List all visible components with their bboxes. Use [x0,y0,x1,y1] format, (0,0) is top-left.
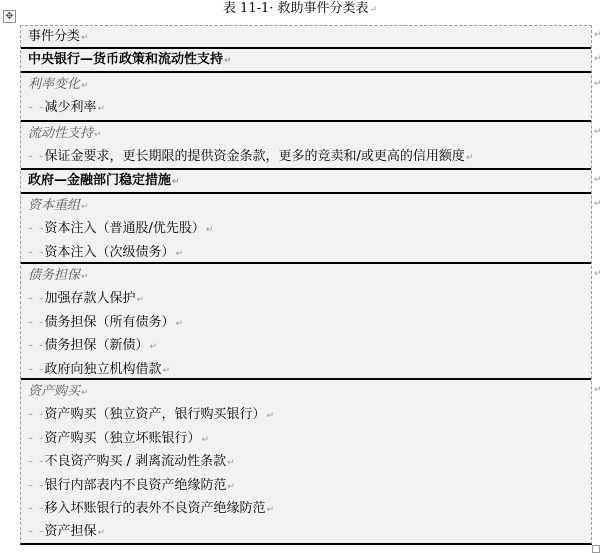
group-title: 流动性支持 [28,126,93,141]
row-end-mark-icon: ↵ [594,127,600,137]
item-text: 不良资产购买 / 剥离流动性条款 [45,454,227,469]
item-text: 银行内部表内不良资产绝缘防范 [45,478,227,493]
paragraph-mark-icon: ↵ [267,411,275,421]
indent-marker: - - [28,501,45,516]
caption-text: 表 11-1· 救助事件分类表 [223,1,369,16]
group-title: 资本重组 [28,198,80,213]
list-item[interactable]: - -债务担保（所有债务）↵ [21,311,591,334]
list-item[interactable]: - -资产担保↵ [21,520,591,543]
list-item[interactable]: - -减少利率↵ [21,96,591,119]
group-row-recapitalization: 资本重组↵ - -资本注入（普通股/优先股）↵ - -资本注入（次级债务）↵ [21,192,591,262]
list-item[interactable]: - -保证金要求，更长期限的提供资金条款，更多的竞卖和/或更高的信用额度↵ [21,145,591,168]
indent-marker: - - [28,338,45,353]
header-text: 事件分类 [28,29,80,44]
paragraph-mark-icon: ↵ [466,153,474,163]
paragraph-mark-icon: ↵ [227,458,235,468]
paragraph-mark-icon: ↵ [224,56,232,66]
paragraph-mark-icon: ↵ [137,295,145,305]
paragraph-mark-icon: ↵ [81,81,89,91]
item-text: 政府向独立机构借款 [45,362,162,377]
list-item[interactable]: - -资产购买（独立坏账银行）↵ [21,427,591,450]
table-header-row: 事件分类↵ [21,26,591,48]
table-caption: 表 11-1· 救助事件分类表↵ [0,0,600,19]
move-arrows-icon[interactable]: ✥ [3,10,16,23]
item-text: 资本注入（普通股/优先股） [45,221,205,236]
paragraph-mark-icon: ↵ [81,272,89,282]
section-cell[interactable]: 政府—金融部门稳定措施↵ [21,170,591,192]
paragraph-mark-icon: ↵ [150,342,158,352]
indent-marker: - - [28,524,45,539]
list-item[interactable]: - -资产购买（独立资产，银行购买银行）↵ [21,403,591,426]
item-text: 资产购买（独立坏账银行） [45,431,201,446]
section-title: 政府—金融部门稳定措施 [28,173,171,188]
indent-marker: - - [28,149,45,164]
paragraph-mark-icon: ↵ [94,130,102,140]
group-title: 利率变化 [28,77,80,92]
paragraph-mark-icon: ↵ [98,528,106,538]
paragraph-mark-icon: ↵ [202,435,210,445]
item-text: 减少利率 [45,100,97,115]
row-end-mark-icon: ↵ [594,54,600,64]
list-item[interactable]: - -移入坏账银行的表外不良资产绝缘防范↵ [21,497,591,520]
list-item[interactable]: - -银行内部表内不良资产绝缘防范↵ [21,474,591,497]
group-row-liquidity: 流动性支持↵ - -保证金要求，更长期限的提供资金条款，更多的竞卖和/或更高的信… [21,120,591,168]
item-text: 债务担保（新债） [45,338,149,353]
row-end-mark-icon: ↵ [594,79,600,89]
group-title-cell[interactable]: 债务担保↵ [21,264,591,287]
indent-marker: - - [28,431,45,446]
indent-marker: - - [28,478,45,493]
indent-marker: - - [28,291,45,306]
item-text: 资本注入（次级债务） [45,245,175,260]
row-end-mark-icon: ↵ [594,30,600,40]
group-title-cell[interactable]: 资产购买↵ [21,380,591,403]
list-item[interactable]: - -不良资产购买 / 剥离流动性条款↵ [21,450,591,473]
paragraph-mark-icon: ↵ [370,5,378,15]
row-end-mark-icon: ↵ [594,269,600,279]
paragraph-mark-icon: ↵ [172,177,180,187]
group-row-debt-guarantee: 债务担保↵ - -加强存款人保护↵ - -债务担保（所有债务）↵ - -债务担保… [21,262,591,378]
classification-table: 事件分类↵ 中央银行—货币政策和流动性支持↵ 利率变化↵ - -减少利率↵ 流动… [20,25,592,545]
row-end-mark-icon: ↵ [594,175,600,185]
paragraph-mark-icon: ↵ [81,33,89,43]
resize-square-icon[interactable] [592,545,600,553]
item-text: 资产购买（独立资产，银行购买银行） [45,407,266,422]
list-item[interactable]: - -加强存款人保护↵ [21,287,591,310]
section-row-government: 政府—金融部门稳定措施↵ [21,168,591,192]
row-end-mark-icon: ↵ [594,385,600,395]
indent-marker: - - [28,362,45,377]
indent-marker: - - [28,100,45,115]
paragraph-mark-icon: ↵ [176,249,184,259]
item-text: 资产担保 [45,524,97,539]
indent-marker: - - [28,315,45,330]
list-item[interactable]: - -资本注入（次级债务）↵ [21,241,591,264]
paragraph-mark-icon: ↵ [206,225,214,235]
paragraph-mark-icon: ↵ [267,505,275,515]
item-text: 保证金要求，更长期限的提供资金条款，更多的竞卖和/或更高的信用额度 [45,149,465,164]
paragraph-mark-icon: ↵ [176,319,184,329]
row-end-mark-icon: ↵ [594,199,600,209]
indent-marker: - - [28,245,45,260]
group-title-cell[interactable]: 流动性支持↵ [21,122,591,145]
indent-marker: - - [28,407,45,422]
indent-marker: - - [28,221,45,236]
group-row-interest-rate: 利率变化↵ - -减少利率↵ [21,71,591,120]
item-text: 债务担保（所有债务） [45,315,175,330]
section-row-central-bank: 中央银行—货币政策和流动性支持↵ [21,47,591,71]
indent-marker: - - [28,454,45,469]
list-item[interactable]: - -债务担保（新债）↵ [21,334,591,357]
group-title: 债务担保 [28,268,80,283]
paragraph-mark-icon: ↵ [81,388,89,398]
group-title: 资产购买 [28,384,80,399]
item-text: 移入坏账银行的表外不良资产绝缘防范 [45,501,266,516]
header-cell[interactable]: 事件分类↵ [21,26,591,48]
paragraph-mark-icon: ↵ [81,202,89,212]
paragraph-mark-icon: ↵ [228,482,236,492]
paragraph-mark-icon: ↵ [163,366,171,376]
section-cell[interactable]: 中央银行—货币政策和流动性支持↵ [21,49,591,71]
section-title: 中央银行—货币政策和流动性支持 [28,52,223,67]
group-title-cell[interactable]: 资本重组↵ [21,194,591,217]
paragraph-mark-icon: ↵ [98,104,106,114]
item-text: 加强存款人保护 [45,291,136,306]
group-row-asset-purchase: 资产购买↵ - -资产购买（独立资产，银行购买银行）↵ - -资产购买（独立坏账… [21,378,591,544]
group-title-cell[interactable]: 利率变化↵ [21,73,591,96]
list-item[interactable]: - -资本注入（普通股/优先股）↵ [21,217,591,240]
